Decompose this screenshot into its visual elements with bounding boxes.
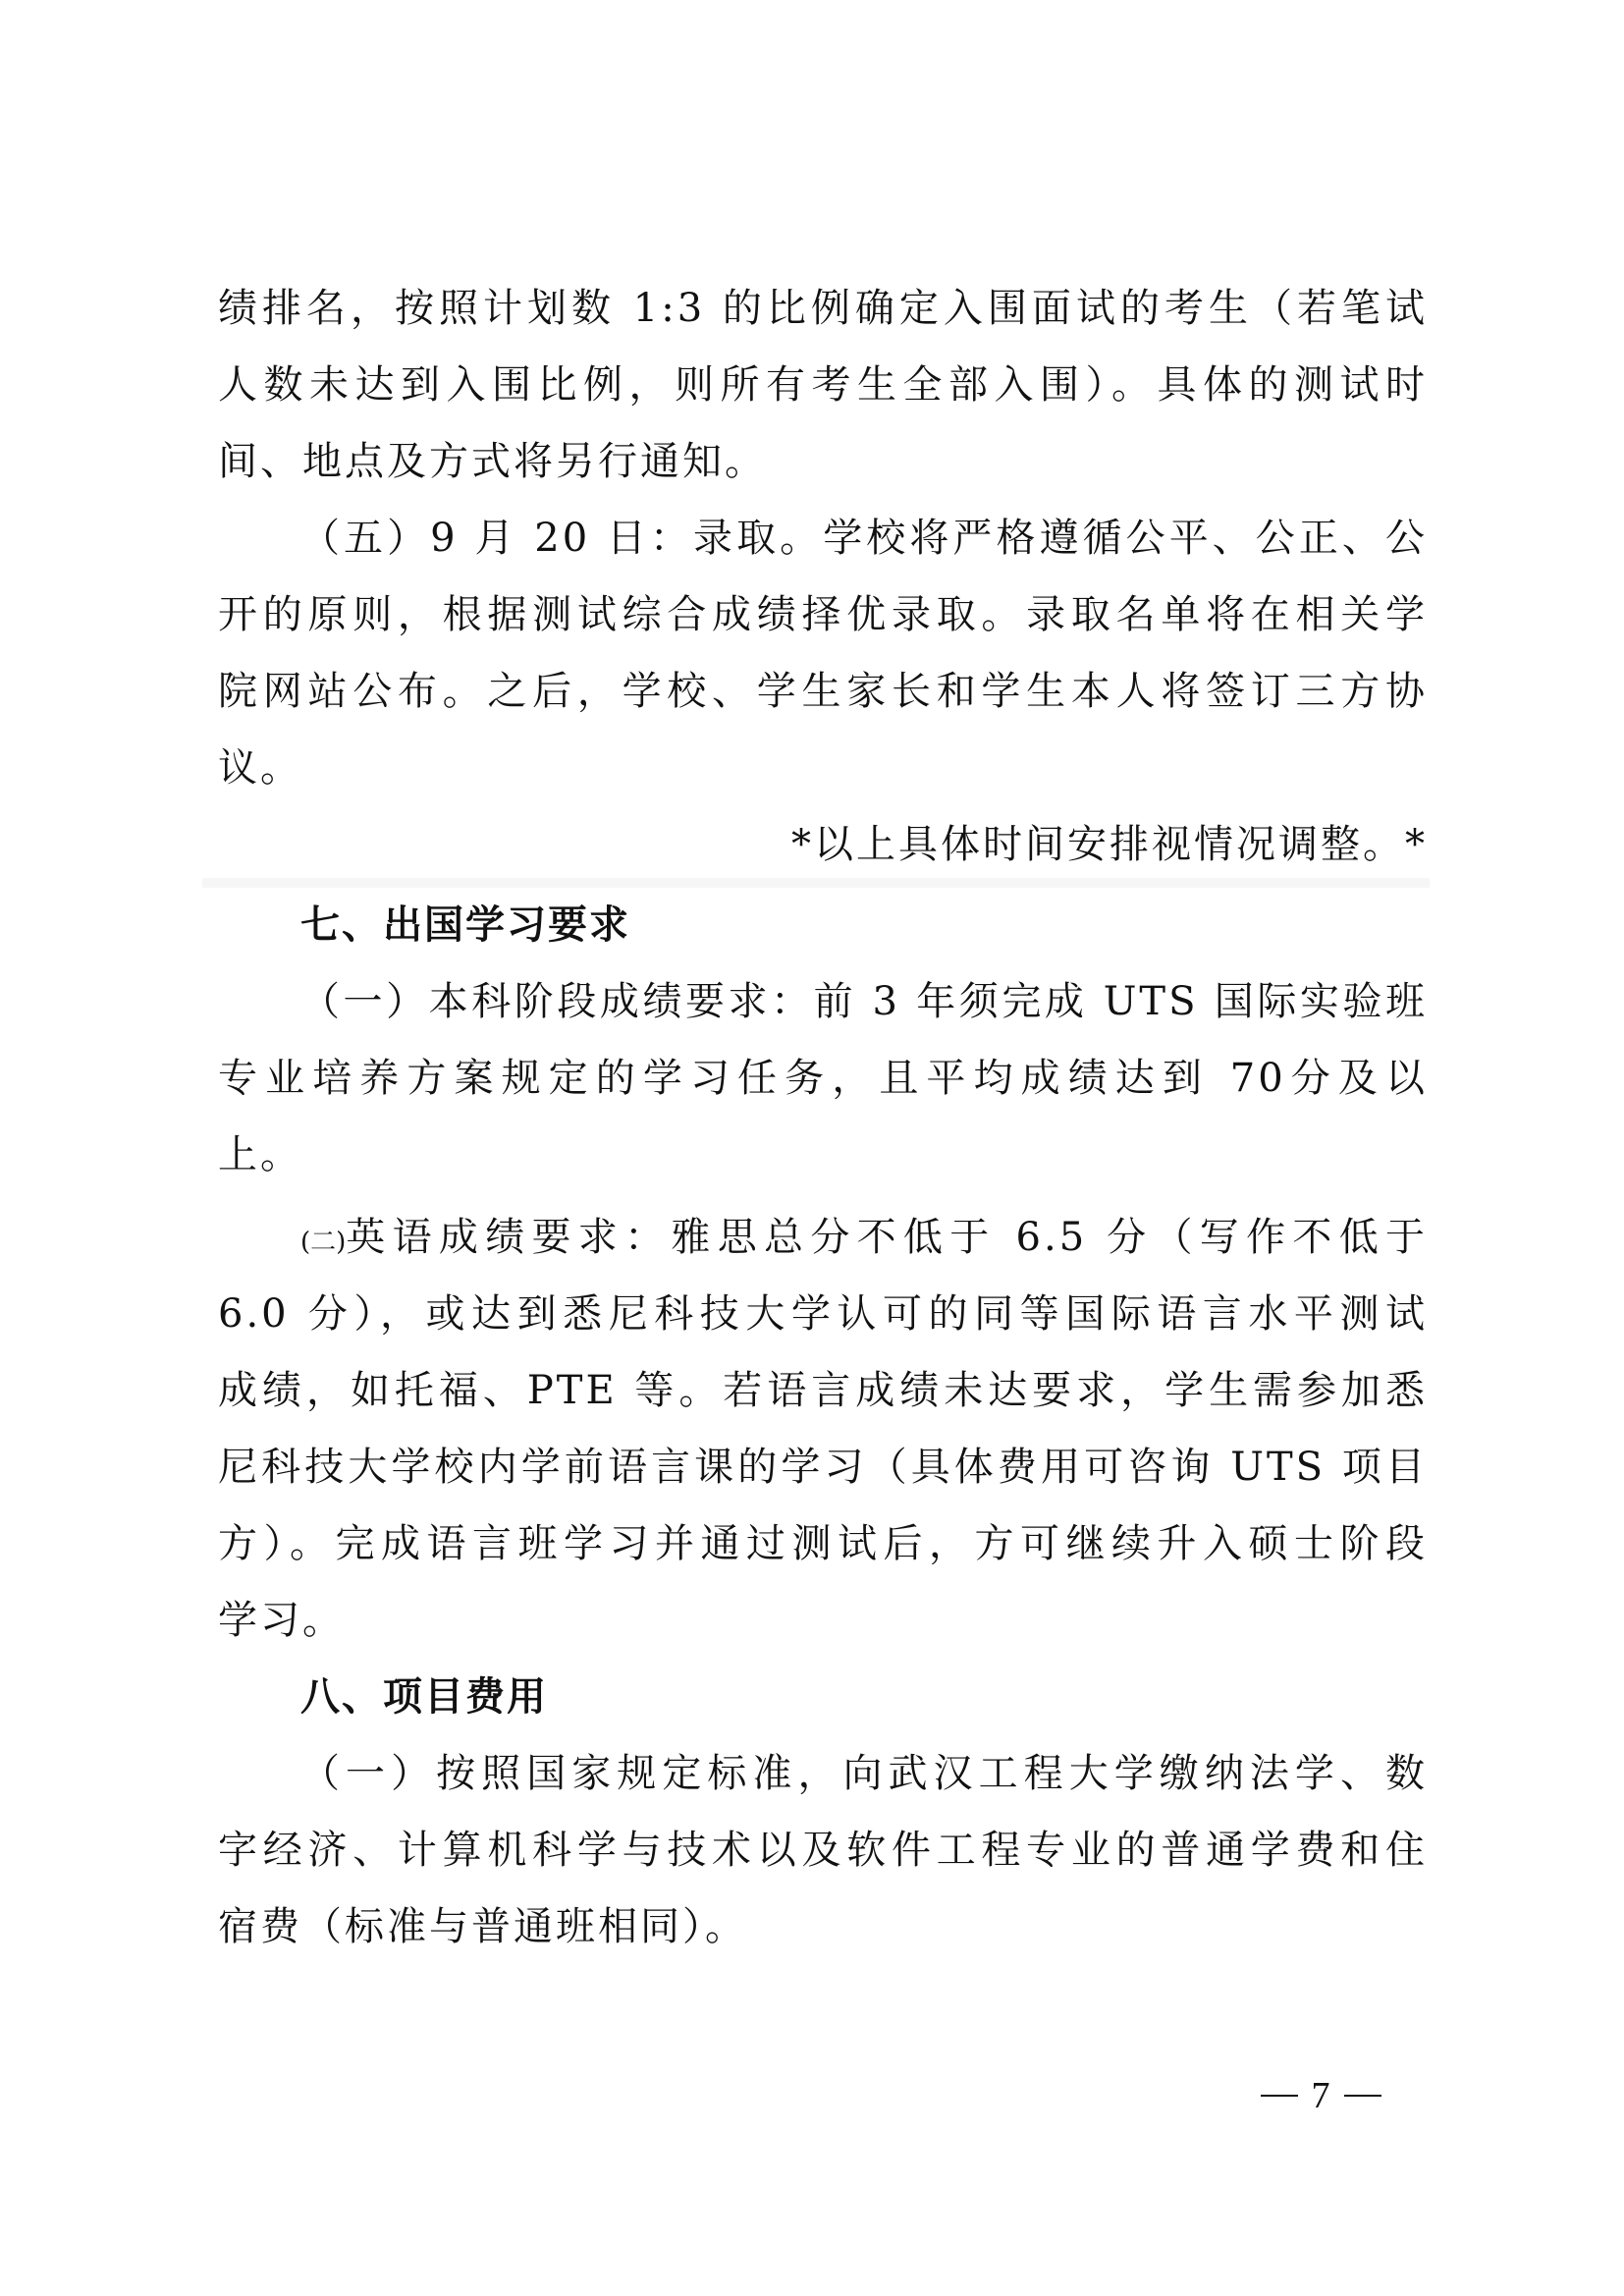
section-heading-8: 八、项目费用 (300, 1673, 1428, 1721)
paragraph-line: 成绩，如托福、PTE 等。若语言成绩未达要求，学生需参加悉 (218, 1367, 1428, 1414)
paragraph-line: (二) 英语成绩要求：雅思总分不低于 6.5 分（写作不低于 (300, 1214, 1428, 1266)
divider-band (202, 878, 1430, 888)
paragraph-line: （五）9 月 20 日：录取。学校将严格遵循公平、公正、公 (300, 515, 1428, 562)
paragraph-line: 字经济、计算机科学与技术以及软件工程专业的普通学费和住 (218, 1827, 1428, 1874)
paragraph-line: （一）本科阶段成绩要求：前 3 年须完成 UTS 国际实验班 (300, 978, 1428, 1025)
paragraph-line: 专业培养方案规定的学习任务，且平均成绩达到 70分及以 (218, 1055, 1428, 1102)
page-number-value: 7 (1312, 2076, 1330, 2115)
paragraph-line: 间、地点及方式将另行通知。 (218, 438, 1428, 485)
paragraph-line: 学习。 (218, 1597, 1428, 1644)
paragraph-line: 议。 (218, 744, 1428, 792)
dash-left (1261, 2095, 1298, 2097)
paragraph-line: 宿费（标准与普通班相同）。 (218, 1903, 1428, 1950)
paragraph-line: 方）。完成语言班学习并通过测试后，方可继续升入硕士阶段 (218, 1520, 1428, 1567)
item-text: 英语成绩要求：雅思总分不低于 6.5 分（写作不低于 (346, 1214, 1428, 1261)
paragraph-line: 开的原则，根据测试综合成绩择优录取。录取名单将在相关学 (218, 591, 1428, 638)
paragraph-line: （一）按照国家规定标准，向武汉工程大学缴纳法学、数 (300, 1750, 1428, 1797)
section-heading-7: 七、出国学习要求 (300, 902, 1428, 949)
document-page: 绩排名，按照计划数 1:3 的比例确定入围面试的考生（若笔试 人数未达到入围比例… (0, 0, 1624, 2296)
item-marker: (二) (300, 1219, 346, 1266)
dash-right (1344, 2095, 1381, 2097)
paragraph-line: 绩排名，按照计划数 1:3 的比例确定入围面试的考生（若笔试 (218, 285, 1428, 332)
schedule-note: *以上具体时间安排视情况调整。* (218, 821, 1428, 868)
paragraph-line: 人数未达到入围比例，则所有考生全部入围）。具体的测试时 (218, 361, 1428, 409)
page-number: 7 (1252, 2076, 1389, 2115)
paragraph-line: 院网站公布。之后，学校、学生家长和学生本人将签订三方协 (218, 668, 1428, 715)
paragraph-line: 尼科技大学校内学前语言课的学习（具体费用可咨询 UTS 项目 (218, 1444, 1428, 1491)
paragraph-line: 6.0 分），或达到悉尼科技大学认可的同等国际语言水平测试 (218, 1290, 1428, 1338)
paragraph-line: 上。 (218, 1131, 1428, 1178)
